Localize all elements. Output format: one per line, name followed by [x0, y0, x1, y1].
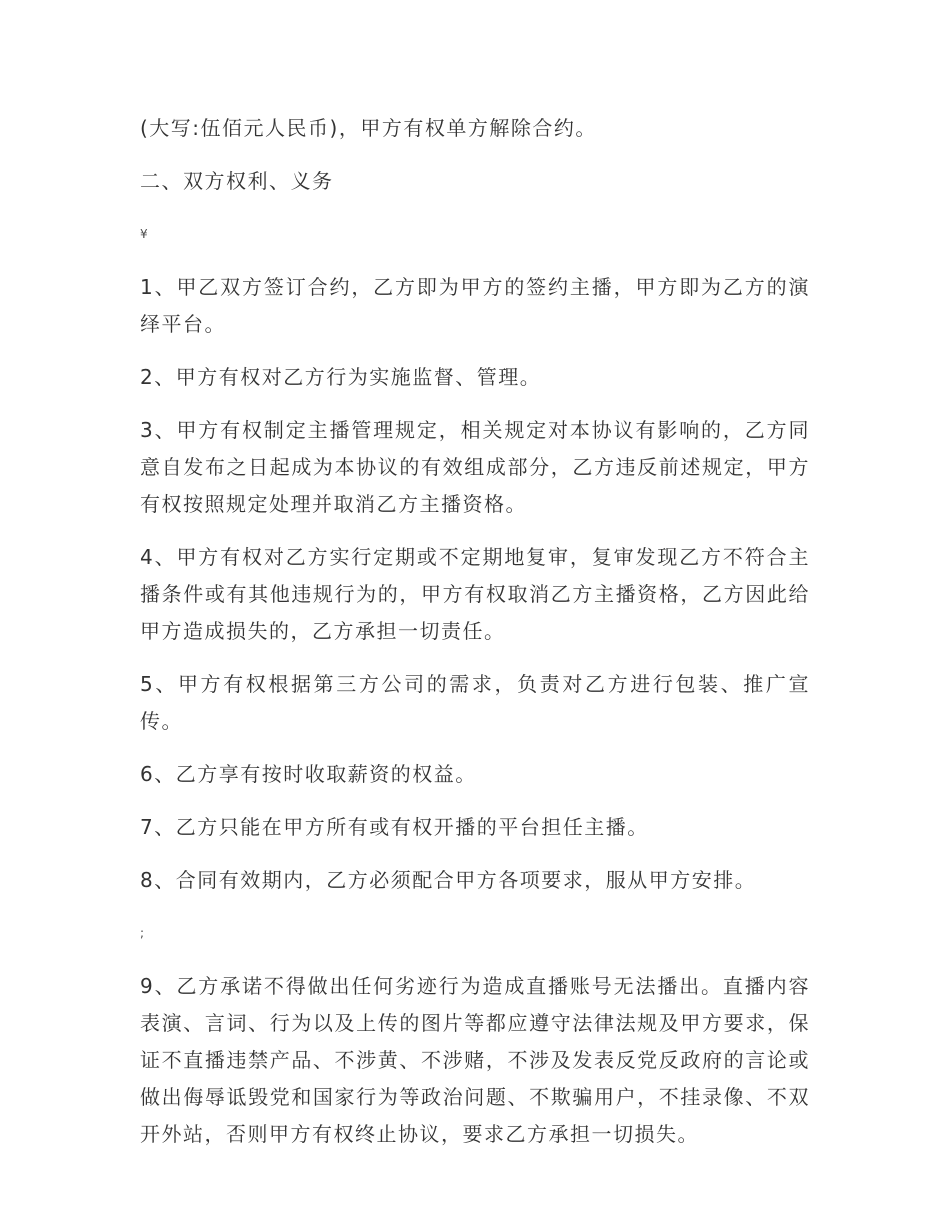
- clause-2: 2、甲方有权对乙方行为实施监督、管理。: [140, 359, 810, 396]
- clause-7: 7、乙方只能在甲方所有或有权开播的平台担任主播。: [140, 809, 810, 846]
- stray-mark-yen: ¥: [140, 216, 810, 253]
- clause-9: 9、乙方承诺不得做出任何劣迹行为造成直播账号无法播出。直播内容表演、言词、行为以…: [140, 968, 810, 1153]
- clause-4: 4、甲方有权对乙方实行定期或不定期地复审，复审发现乙方不符合主播条件或有其他违规…: [140, 539, 810, 650]
- clause-3: 3、甲方有权制定主播管理规定，相关规定对本协议有影响的，乙方同意自发布之日起成为…: [140, 412, 810, 523]
- clause-1: 1、甲乙双方签订合约，乙方即为甲方的签约主播，甲方即为乙方的演绎平台。: [140, 269, 810, 343]
- clause-6: 6、乙方享有按时收取薪资的权益。: [140, 756, 810, 793]
- clause-5: 5、甲方有权根据第三方公司的需求，负责对乙方进行包装、推广宣传。: [140, 666, 810, 740]
- document-page: (大写:伍佰元人民币)，甲方有权单方解除合约。 二、双方权利、义务 ¥ 1、甲乙…: [0, 0, 950, 1230]
- stray-mark-semicolon: ;: [140, 915, 810, 952]
- deposit-termination-clause: (大写:伍佰元人民币)，甲方有权单方解除合约。: [140, 110, 810, 147]
- section-2-title: 二、双方权利、义务: [140, 163, 810, 200]
- clause-8: 8、合同有效期内，乙方必须配合甲方各项要求，服从甲方安排。: [140, 862, 810, 899]
